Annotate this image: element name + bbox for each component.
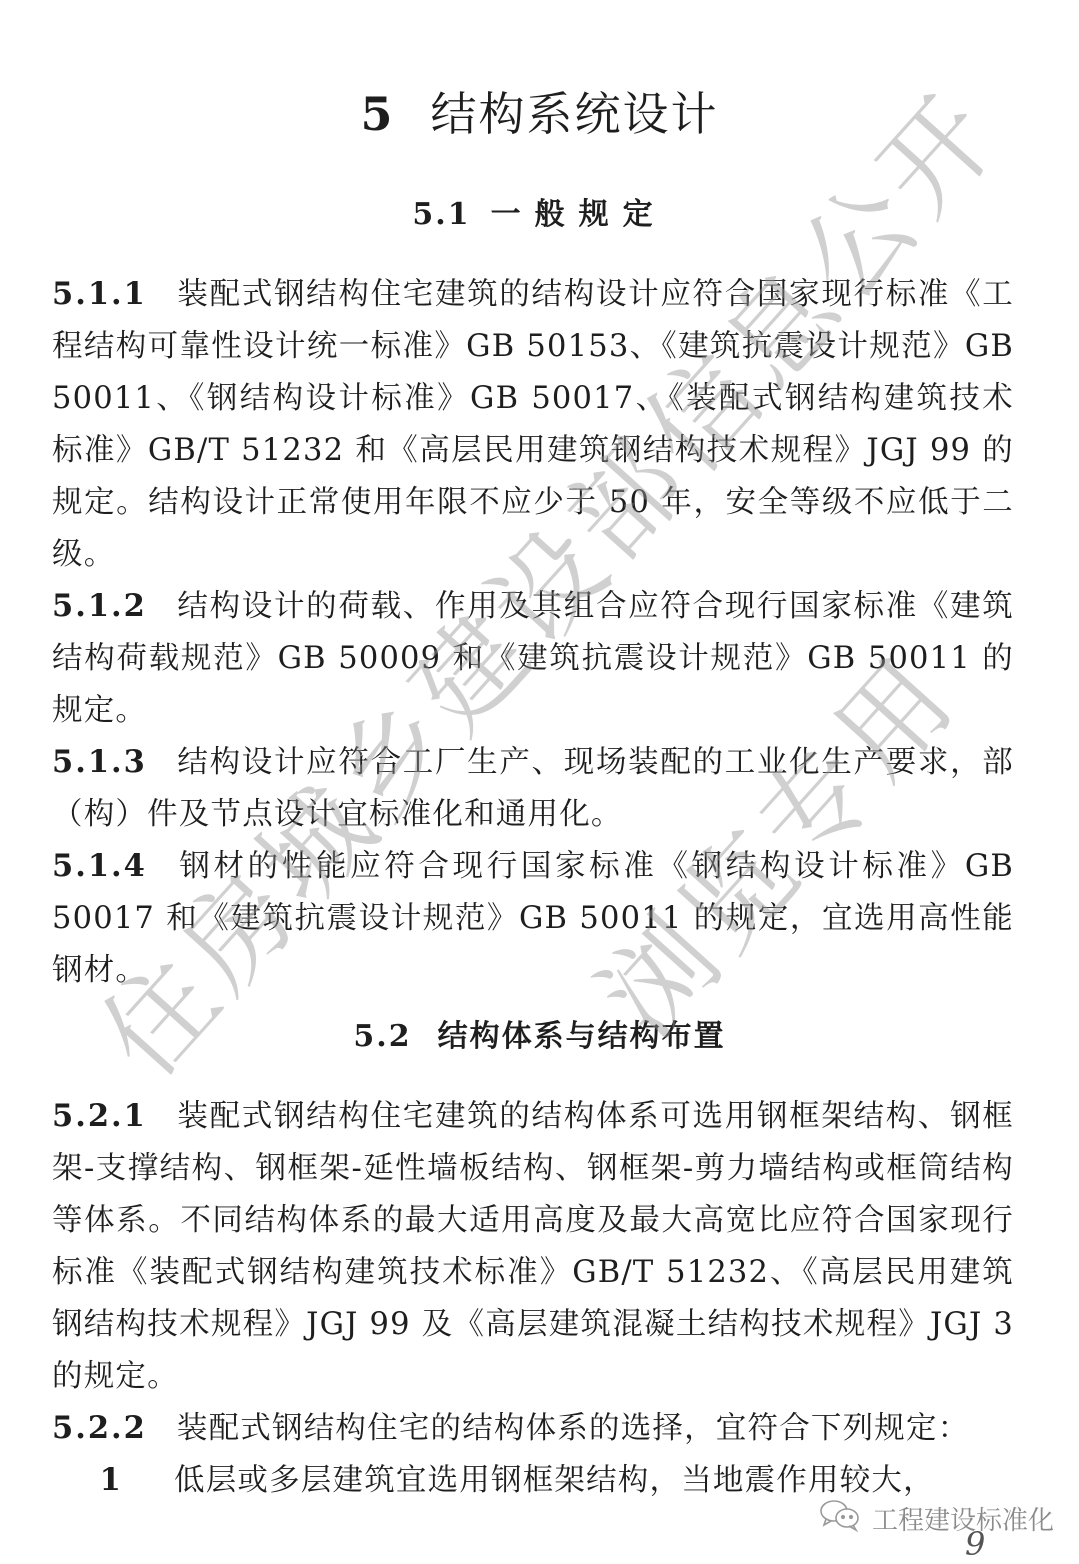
section-title-text: 一般规定	[491, 197, 667, 232]
clause-5-2-2: 5.2.2装配式钢结构住宅的结构体系的选择，宜符合下列规定：	[52, 1402, 1014, 1455]
clause-number: 5.2.2	[52, 1410, 147, 1446]
clause-number: 5.2.1	[52, 1098, 147, 1134]
section-number: 5.2	[353, 1019, 411, 1054]
clause-5-2-1: 5.2.1装配式钢结构住宅建筑的结构体系可选用钢框架结构、钢框架-支撑结构、钢框…	[52, 1090, 1014, 1403]
wechat-account-name: 工程建设标准化	[872, 1500, 1054, 1537]
page-number: 9	[965, 1525, 985, 1563]
section-title-5-2: 5.2结构体系与结构布置	[0, 1015, 1079, 1059]
clause-number: 5.1.2	[52, 588, 147, 624]
clause-text: 结构设计应符合工厂生产、现场装配的工业化生产要求，部（构）件及节点设计宜标准化和…	[52, 745, 1014, 832]
chapter-number: 5	[360, 87, 394, 141]
clause-5-1-4: 5.1.4钢材的性能应符合现行国家标准《钢结构设计标准》GB 50017 和《建…	[52, 840, 1014, 997]
chapter-title-text: 结构系统设计	[431, 87, 719, 141]
clause-number: 5.1.1	[52, 276, 147, 312]
item-text: 低层或多层建筑宜选用钢框架结构，当地震作用较大，	[174, 1463, 935, 1498]
wechat-icon	[818, 1497, 862, 1540]
clause-number: 5.1.4	[52, 848, 147, 884]
clause-5-1-3: 5.1.3结构设计应符合工厂生产、现场装配的工业化生产要求，部（构）件及节点设计…	[52, 736, 1014, 841]
clause-text: 装配式钢结构住宅的结构体系的选择，宜符合下列规定：	[177, 1411, 970, 1446]
section-number: 5.1	[412, 197, 470, 232]
clause-number: 5.1.3	[52, 744, 147, 780]
chapter-title: 5结构系统设计	[0, 84, 1079, 144]
clause-text: 装配式钢结构住宅建筑的结构设计应符合国家现行标准《工程结构可靠性设计统一标准》G…	[52, 277, 1014, 572]
clause-text: 钢材的性能应符合现行国家标准《钢结构设计标准》GB 50017 和《建筑抗震设计…	[52, 849, 1014, 988]
item-number: 1	[52, 1454, 122, 1506]
document-page: 5结构系统设计 5.1一般规定 5.1.1装配式钢结构住宅建筑的结构设计应符合国…	[0, 0, 1079, 1564]
clause-5-1-1: 5.1.1装配式钢结构住宅建筑的结构设计应符合国家现行标准《工程结构可靠性设计统…	[52, 268, 1014, 581]
clause-5-1-2: 5.1.2结构设计的荷载、作用及其组合应符合现行国家标准《建筑结构荷载规范》GB…	[52, 580, 1014, 737]
section-title-text: 结构体系与结构布置	[438, 1019, 726, 1054]
clause-text: 结构设计的荷载、作用及其组合应符合现行国家标准《建筑结构荷载规范》GB 5000…	[52, 589, 1014, 728]
section-title-5-1: 5.1一般规定	[0, 193, 1079, 237]
clause-text: 装配式钢结构住宅建筑的结构体系可选用钢框架结构、钢框架-支撑结构、钢框架-延性墙…	[52, 1099, 1014, 1394]
wechat-attribution: 工程建设标准化	[818, 1498, 1054, 1538]
